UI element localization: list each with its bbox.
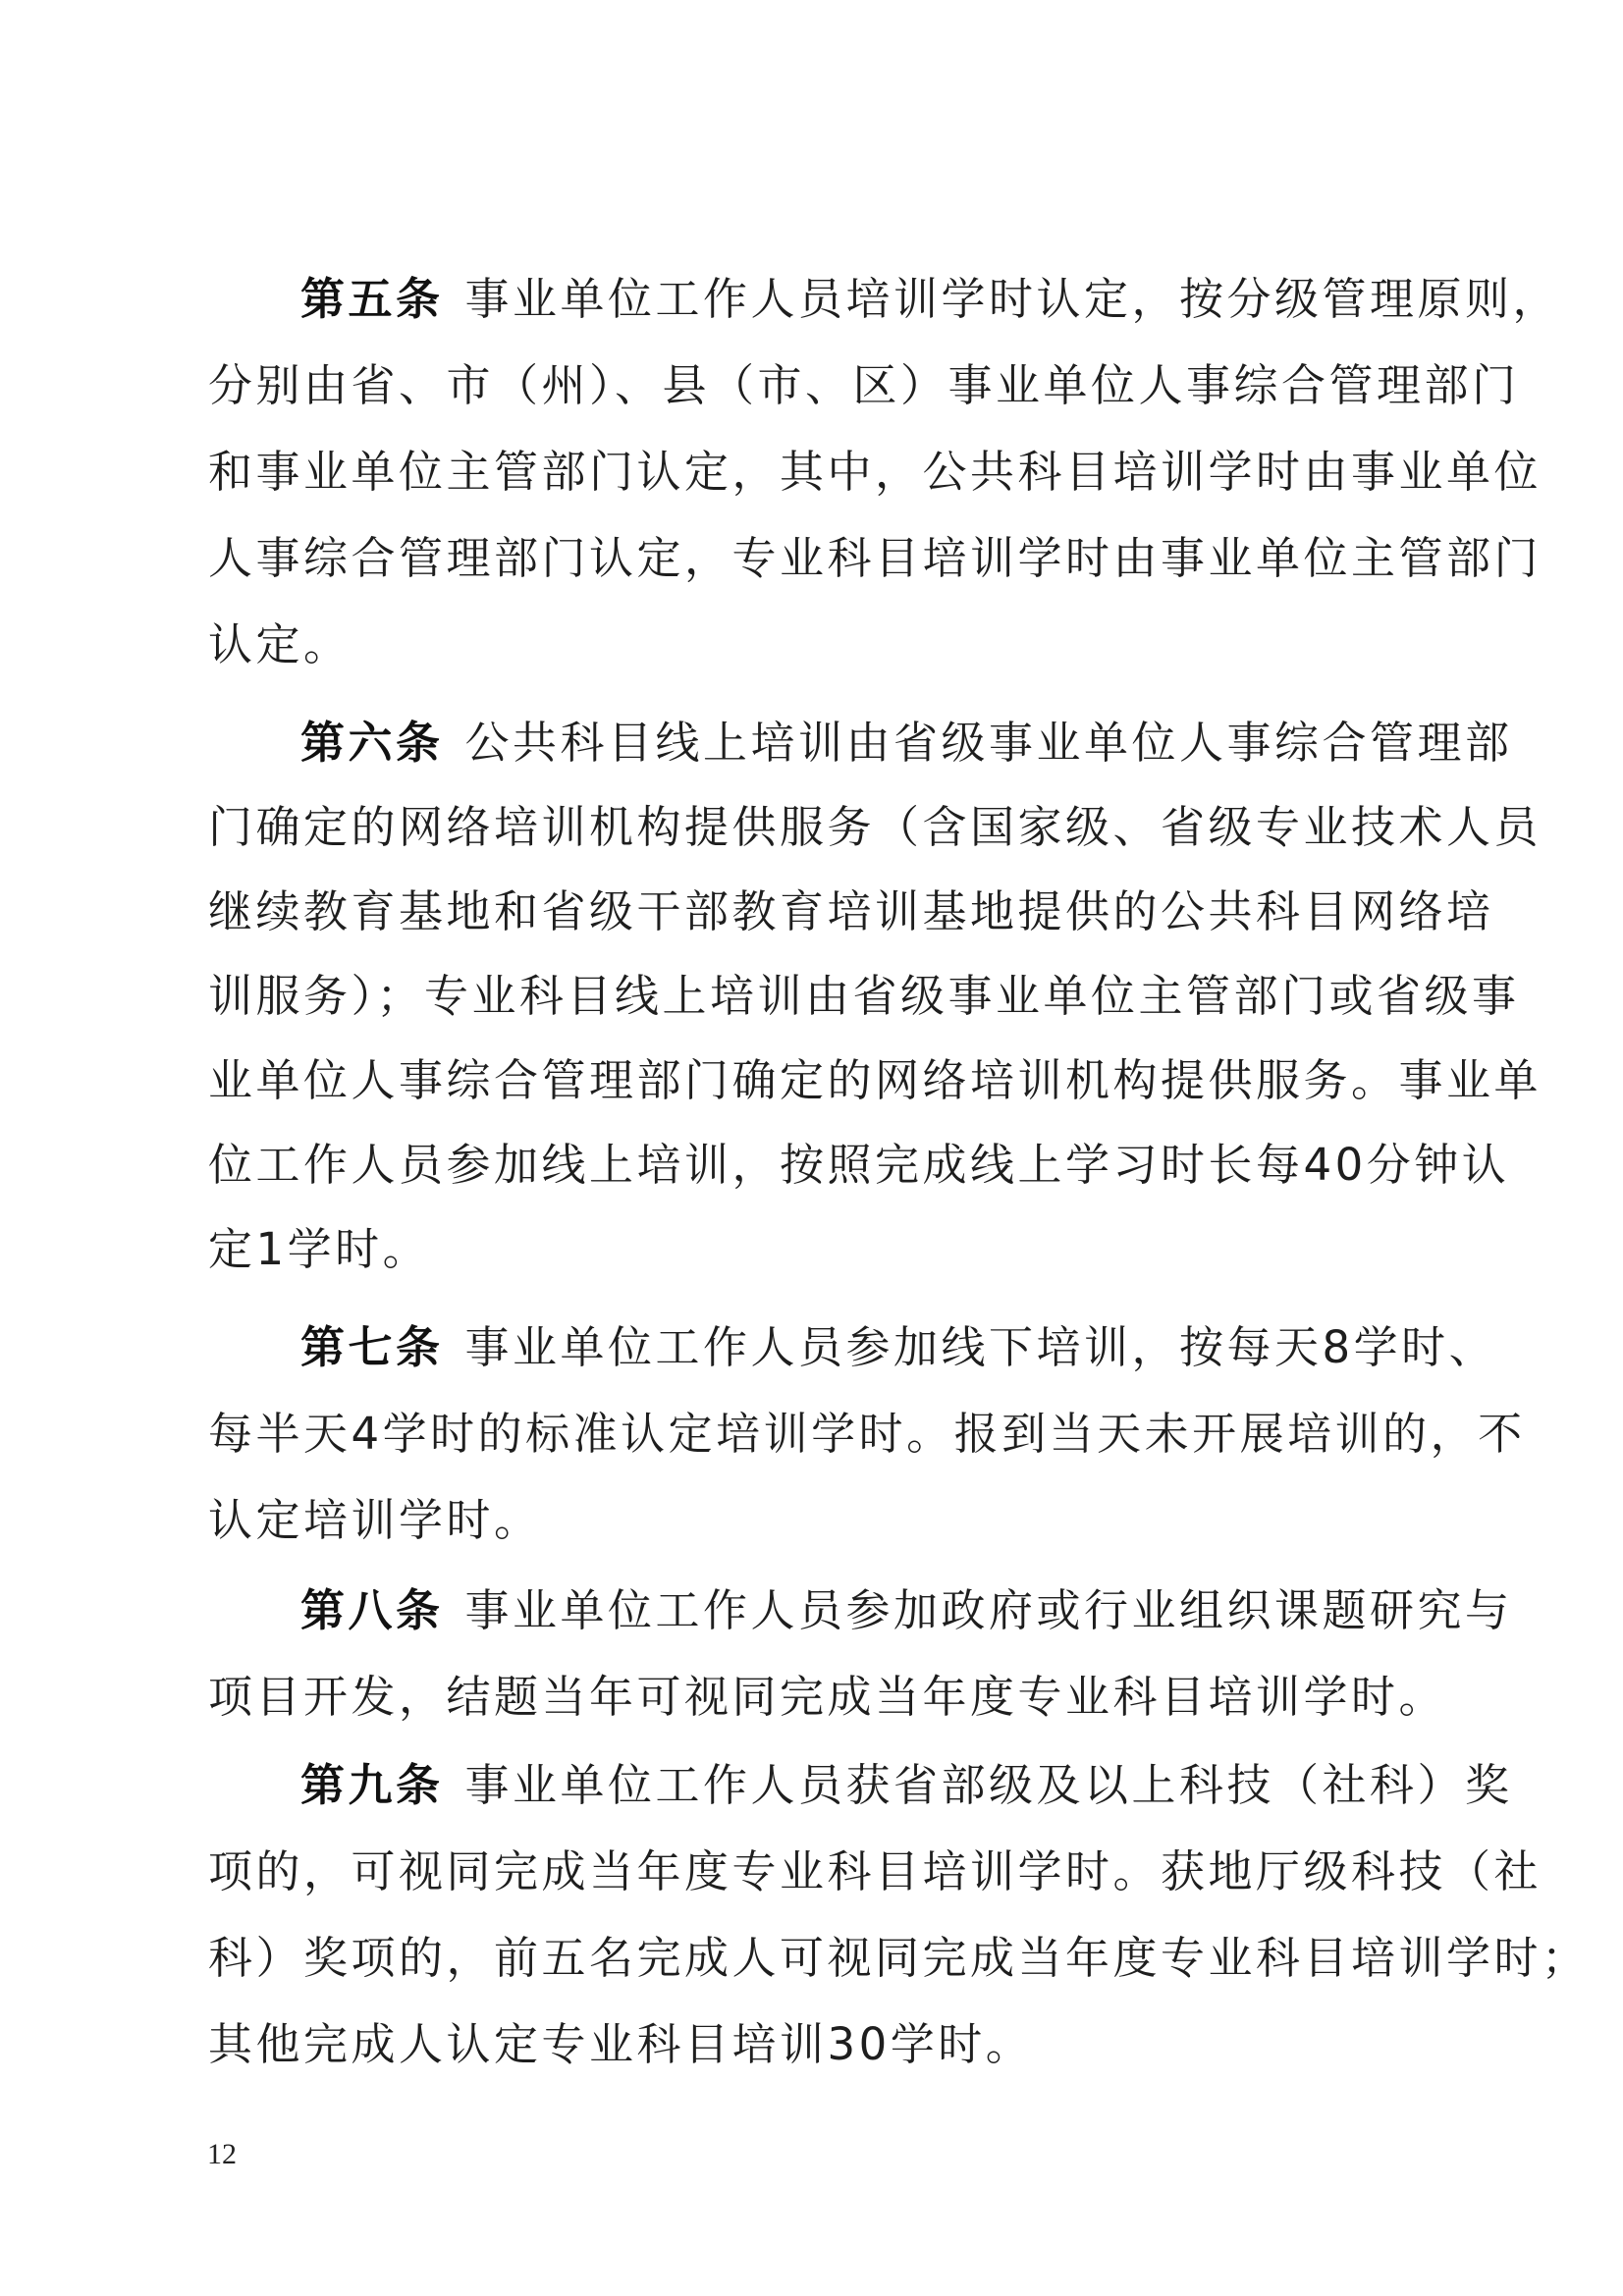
page-number: 12 bbox=[207, 2138, 237, 2171]
article-line: 其他完成人认定专业科目培训30学时。 bbox=[208, 2015, 1033, 2074]
article-line: 业单位人事综合管理部门确定的网络培训机构提供服务。事业单 bbox=[208, 1051, 1542, 1110]
article-heading: 第八条 bbox=[300, 1584, 444, 1636]
article-line: 认定。 bbox=[208, 615, 352, 674]
article-line: 科）奖项的，前五名完成人可视同完成当年度专业科目培训学时； bbox=[208, 1929, 1590, 1988]
article-line: 和事业单位主管部门认定，其中，公共科目培训学时由事业单位 bbox=[208, 443, 1542, 502]
document-page: 第五条事业单位工作人员培训学时认定，按分级管理原则， 分别由省、市（州）、县（市… bbox=[0, 0, 1623, 2296]
article-line: 项的，可视同完成当年度专业科目培训学时。获地厅级科技（社 bbox=[208, 1842, 1542, 1901]
article-line: 认定培训学时。 bbox=[208, 1491, 542, 1550]
article-line: 第六条公共科目线上培训由省级事业单位人事综合管理部 bbox=[300, 714, 1513, 773]
article-line: 门确定的网络培训机构提供服务（含国家级、省级专业技术人员 bbox=[208, 798, 1542, 857]
article-line: 位工作人员参加线上培训，按照完成线上学习时长每40分钟认 bbox=[208, 1136, 1509, 1195]
article-text: 公共科目线上培训由省级事业单位人事综合管理部 bbox=[465, 717, 1513, 769]
article-line: 第七条事业单位工作人员参加线下培训，按每天8学时、 bbox=[300, 1318, 1496, 1377]
article-line: 人事综合管理部门认定，专业科目培训学时由事业单位主管部门 bbox=[208, 529, 1542, 588]
article-heading: 第九条 bbox=[300, 1759, 444, 1811]
article-line: 每半天4学时的标准认定培训学时。报到当天未开展培训的，不 bbox=[208, 1405, 1526, 1464]
article-line: 第九条事业单位工作人员获省部级及以上科技（社科）奖 bbox=[300, 1756, 1513, 1815]
article-heading: 第六条 bbox=[300, 717, 444, 769]
article-line: 继续教育基地和省级干部教育培训基地提供的公共科目网络培 bbox=[208, 882, 1494, 941]
article-line: 第八条事业单位工作人员参加政府或行业组织课题研究与 bbox=[300, 1581, 1513, 1640]
article-text: 事业单位工作人员参加政府或行业组织课题研究与 bbox=[465, 1584, 1513, 1636]
article-line: 分别由省、市（州）、县（市、区）事业单位人事综合管理部门 bbox=[208, 356, 1520, 415]
article-text: 事业单位工作人员参加线下培训，按每天8学时、 bbox=[465, 1321, 1497, 1373]
article-heading: 第七条 bbox=[300, 1321, 444, 1373]
article-line: 训服务）；专业科目线上培训由省级事业单位主管部门或省级事 bbox=[208, 967, 1520, 1026]
article-text: 事业单位工作人员获省部级及以上科技（社科）奖 bbox=[465, 1759, 1513, 1811]
article-text: 事业单位工作人员培训学时认定，按分级管理原则， bbox=[465, 273, 1561, 325]
article-heading: 第五条 bbox=[300, 273, 444, 325]
article-line: 项目开发，结题当年可视同完成当年度专业科目培训学时。 bbox=[208, 1668, 1446, 1727]
article-line: 定1学时。 bbox=[208, 1220, 430, 1279]
article-line: 第五条事业单位工作人员培训学时认定，按分级管理原则， bbox=[300, 270, 1560, 329]
